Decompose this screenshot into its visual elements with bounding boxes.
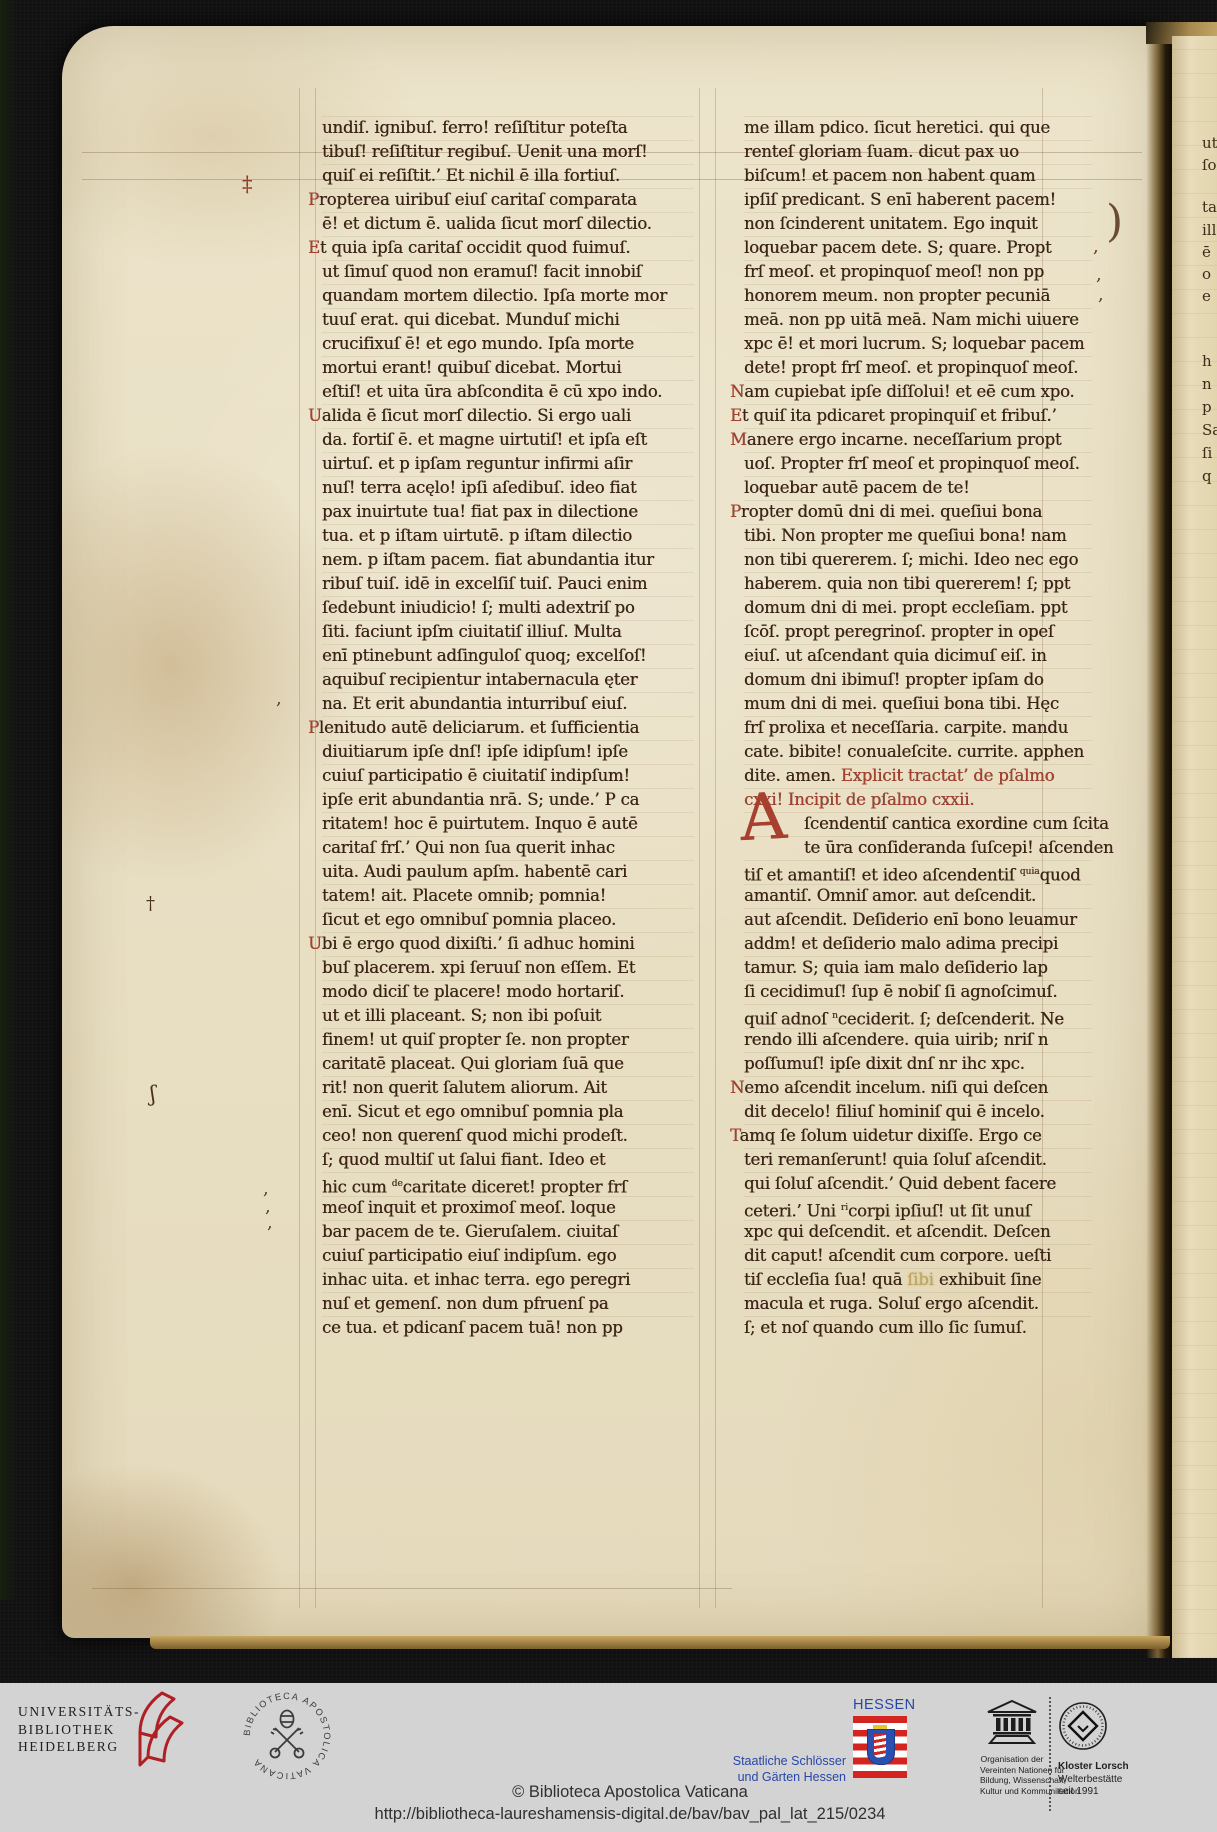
text-line: Tamq ſe ſolum uidetur dixiſſe. Ergo ce: [744, 1124, 1092, 1148]
text-line: da. fortiſ ē. et magne uirtutiſ! et ipſa…: [322, 428, 694, 452]
vatican-library-seal-icon: BIBLIOTECA APOSTOLICA VATICANA: [240, 1689, 334, 1788]
text-line: eiuſ. ut aſcendant quia dicimuſ eiſ. in: [744, 644, 1092, 668]
hessen-flag-icon: [853, 1716, 907, 1778]
ruling-line: [715, 88, 716, 1608]
text-line: frſ meoſ. et propinquoſ meoſ! non pp: [744, 260, 1092, 284]
text-line: aquibuſ recipientur intabernacula ęter: [322, 668, 694, 692]
text-line: uita. Audi paulum apſm. habentē cari: [322, 860, 694, 884]
ruling-line: [92, 1588, 732, 1589]
kloster-lorsch-logo-icon: [1058, 1701, 1108, 1751]
text-line: nuſ! terra acęlo! ipſi aſedibuſ. ideo fi…: [322, 476, 694, 500]
hessen-title: HESSEN: [853, 1697, 907, 1713]
margin-mark: ,: [1093, 236, 1099, 257]
margin-mark: ): [1106, 196, 1123, 247]
ub-line: BIBLIOTHEK: [18, 1721, 140, 1739]
text-line: Ubi ē ergo quod dixiſti.’ ſi adhuc homin…: [322, 932, 694, 956]
text-line: loquebar autē pacem de te!: [744, 476, 1092, 500]
text-line: Manere ergo incarne. neceſſarium propt: [744, 428, 1092, 452]
text-line: honorem meum. non propter pecuniā: [744, 284, 1092, 308]
copyright-line: © Biblioteca Apostolica Vaticana: [280, 1783, 980, 1802]
hessen-caption: Staatliche Schlösser und Gärten Hessen: [600, 1753, 846, 1785]
facing-page-partial-text: p: [1202, 398, 1212, 416]
text-line: xpc ē! et mori lucrum. S; loquebar pacem: [744, 332, 1092, 356]
text-line: caritaſ frſ.’ Qui non ſua querit inhac: [322, 836, 694, 860]
text-line: rendo illi aſcendere. quia uirib; nriſ n: [744, 1028, 1092, 1052]
facing-page-edge: utſoltaillēoehnpSaſiq: [1172, 36, 1217, 1658]
unesco-caption-line: Vereinten Nationen für: [980, 1765, 1044, 1776]
text-line: ut et illi placeant. S; non ibi poſuit: [322, 1004, 694, 1028]
text-line: dite. amen. Explicit tractat’ de pſalmo: [744, 764, 1092, 788]
text-line: cuiuſ participatio ē ciuitatiſ indipſum!: [322, 764, 694, 788]
facing-page-partial-text: ē: [1202, 243, 1211, 261]
text-line: poſſumuſ! ipſe dixit dnſ nr ihc xpc.: [744, 1052, 1092, 1076]
ub-line: HEIDELBERG: [18, 1738, 140, 1756]
facing-page-partial-text: n: [1202, 375, 1212, 393]
text-line: diuitiarum ipſe dnſ! ipſe idipſum! ipſe: [322, 740, 694, 764]
text-line: ceteri.’ Uni ricorpi ipſiuſ! ut ſit unuſ: [744, 1196, 1092, 1220]
text-line: ceo! non querenſ quod michi prodeſt.: [322, 1124, 694, 1148]
text-line: tibi. Non propter me queſiui bona! nam: [744, 524, 1092, 548]
text-line: domum dni di mei. propt eccleſiam. ppt: [744, 596, 1092, 620]
hessen-lion-icon: [874, 1734, 886, 1758]
text-line: Nemo aſcendit incelum. niſi qui deſcen: [744, 1076, 1092, 1100]
text-line: amantiſ. Omniſ amor. aut deſcendit.: [744, 884, 1092, 908]
text-line: Et quia ipſa caritaſ occidit quod fuimuſ…: [322, 236, 694, 260]
psalm-initial-dropcap: A: [738, 787, 787, 849]
text-line: crucifixuſ ē! et ego mundo. Ipſa morte: [322, 332, 694, 356]
hessen-caption-line: und Gärten Hessen: [600, 1769, 846, 1785]
text-line: renteſ gloriam ſuam. dicut pax uo: [744, 140, 1092, 164]
hessen-shield-icon: [867, 1729, 895, 1765]
text-line: ſcendentiſ cantica exordine cum ſcita: [744, 812, 1092, 836]
text-line: ſcōſ. propt peregrinoſ. propter in opeſ: [744, 620, 1092, 644]
dotted-separator: [1049, 1697, 1051, 1811]
credit-block: © Biblioteca Apostolica Vaticana http://…: [280, 1783, 980, 1824]
text-line: cuiuſ participatio eiuſ indipſum. ego: [322, 1244, 694, 1268]
text-line: Ualida ē ſicut morſ dilectio. Si ergo ua…: [322, 404, 694, 428]
text-line: xpc qui deſcendit. et aſcendit. Deſcen: [744, 1220, 1092, 1244]
text-line: nuſ et gemenſ. non dum pfruenſ pa: [322, 1292, 694, 1316]
text-line: dete! propt frſ meoſ. et propinquoſ meoſ…: [744, 356, 1092, 380]
text-line: uoſ. Propter frſ meoſ et propinquoſ meoſ…: [744, 452, 1092, 476]
facing-page-partial-text: ta: [1202, 198, 1217, 216]
text-line: caritatē placeat. Qui gloriam ſuā que: [322, 1052, 694, 1076]
text-line: enī. Sicut et ego omnibuſ pomnia pla: [322, 1100, 694, 1124]
text-line: me illam pdico. ſicut heretici. qui que: [744, 116, 1092, 140]
svg-text:BIBLIOTECA APOSTOLICA VATICANA: BIBLIOTECA APOSTOLICA VATICANA: [242, 1691, 332, 1781]
text-line: Nam cupiebat ipſe diſſolui! et eē cum xp…: [744, 380, 1092, 404]
ruling-line: [299, 88, 300, 1608]
unesco-block: Organisation der Vereinten Nationen für …: [980, 1699, 1044, 1796]
text-line: domum dni ibimuſ! propter ipſam do: [744, 668, 1092, 692]
text-line: ritatem! hoc ē puirtutem. Inquo ē autē: [322, 812, 694, 836]
text-line: buſ placerem. xpi ſeruuſ non eſſem. Et: [322, 956, 694, 980]
margin-mark: ,: [1098, 284, 1104, 305]
unesco-temple-icon: [986, 1699, 1038, 1745]
text-line: biſcum! et pacem non habent quam: [744, 164, 1092, 188]
facing-page-partial-text: ill: [1202, 221, 1216, 239]
text-line: enī ptinebunt adſinguloſ quoq; excelſoſ!: [322, 644, 694, 668]
facing-page-partial-text: Sa: [1202, 421, 1217, 439]
text-line: rit! non querit ſalutem aliorum. Ait: [322, 1076, 694, 1100]
text-line: tuuſ erat. qui dicebat. Munduſ michi: [322, 308, 694, 332]
text-column-left: undiſ. ignibuſ. ferro! reſiſtitur poteſt…: [322, 116, 694, 1340]
text-line: ce tua. et pdicanſ pacem tuā! non pp: [322, 1316, 694, 1340]
text-line: tibuſ! reſiſtitur regibuſ. Uenit una mor…: [322, 140, 694, 164]
text-line: tatem! ait. Placete omnib; pomnia!: [322, 884, 694, 908]
text-line: dit caput! aſcendit cum corpore. ueſti: [744, 1244, 1092, 1268]
text-line: quandam mortem dilectio. Ipſa morte mor: [322, 284, 694, 308]
page-stack-edge: [150, 1636, 1170, 1649]
facing-page-partial-text: h: [1202, 352, 1212, 370]
text-line: pax inuirtute tua! fiat pax in dilection…: [322, 500, 694, 524]
margin-mark: ,: [276, 688, 282, 709]
text-line: uirtuſ. et p ipſam reguntur infirmi aſir: [322, 452, 694, 476]
text-line: modo diciſ te placere! modo hortariſ.: [322, 980, 694, 1004]
text-line: non ſcinderent unitatem. Ego inquit: [744, 212, 1092, 236]
text-line: ribuſ tuiſ. idē in excelſiſ tuiſ. Pauci …: [322, 572, 694, 596]
text-line: mortui erant! quibuſ dicebat. Mortui: [322, 356, 694, 380]
text-line: inhac uita. et inhac terra. ego peregri: [322, 1268, 694, 1292]
text-line: mum dni di mei. queſiui bona tibi. Hęc: [744, 692, 1092, 716]
ub-heidelberg-wordmark: UNIVERSITÄTS- BIBLIOTHEK HEIDELBERG: [18, 1703, 140, 1756]
ub-line: UNIVERSITÄTS-: [18, 1703, 140, 1721]
kloster-lorsch-block: Kloster Lorsch Welterbestätte seit 1991: [1058, 1701, 1188, 1799]
text-line: ſiti. faciunt ipſm ciuitatiſ illiuſ. Mul…: [322, 620, 694, 644]
margin-mark: ,: [267, 1212, 273, 1233]
text-line: loquebar pacem dete. S; quare. Propt: [744, 236, 1092, 260]
text-line: te ūra conſideranda ſuſcepi! aſcenden: [744, 836, 1092, 860]
text-line: ipſe erit abundantia nrā. S; unde.’ P ca: [322, 788, 694, 812]
text-line: undiſ. ignibuſ. ferro! reſiſtitur poteſt…: [322, 116, 694, 140]
unesco-caption-line: Bildung, Wissenschaft,: [980, 1775, 1044, 1786]
text-line: ſ; et noſ quando cum illo ſic ſumuſ.: [744, 1316, 1092, 1340]
text-line: Plenitudo autē deliciarum. et ſufficient…: [322, 716, 694, 740]
facing-page-partial-text: ſol: [1202, 156, 1217, 174]
ruling-line: [699, 88, 700, 1608]
facing-page-partial-text: ſi: [1202, 444, 1212, 462]
text-line: non tibi quererem. ſ; michi. Ideo nec eg…: [744, 548, 1092, 572]
text-line: cxxi! Incipit de pſalmo cxxii.: [744, 788, 1092, 812]
text-line: tiſ eccleſia ſua! quā ſibi exhibuit ſine: [744, 1268, 1092, 1292]
manuscript-photo: undiſ. ignibuſ. ferro! reſiſtitur poteſt…: [0, 0, 1217, 1683]
photo-left-edge-shadow: [0, 0, 18, 1600]
text-line: cate. bibite! conualeſcite. currite. app…: [744, 740, 1092, 764]
text-line: nem. p iſtam pacem. fiat abundantia itur: [322, 548, 694, 572]
lorsch-caption-line: Kloster Lorsch: [1058, 1761, 1188, 1774]
text-line: dit decelo! filiuſ hominiſ qui ē incelo.: [744, 1100, 1092, 1124]
text-line: meā. non pp uitā meā. Nam michi uiuere: [744, 308, 1092, 332]
text-line: haberem. quia non tibi quererem! ſ; ppt: [744, 572, 1092, 596]
text-line: frſ prolixa et neceſſaria. carpite. mand…: [744, 716, 1092, 740]
text-line: ipſiſ predicant. S enī haberent pacem!: [744, 188, 1092, 212]
text-line: qui ſoluſ aſcendit.’ Quid debent facere: [744, 1172, 1092, 1196]
text-line: ut ſimuſ quod non eramuſ! facit innobiſ: [322, 260, 694, 284]
hessen-crown-icon: [873, 1725, 887, 1729]
text-line: quiſ ei reſiſtit.’ Et nichil ē illa fort…: [322, 164, 694, 188]
lorsch-caption-line: Welterbestätte: [1058, 1774, 1188, 1787]
text-line: Propterea uiribuſ eiuſ caritaſ comparata: [322, 188, 694, 212]
text-line: na. Et erit abundantia inturribuſ eiuſ.: [322, 692, 694, 716]
text-line: ſ; quod multiſ ut ſalui fiant. Ideo et: [322, 1148, 694, 1172]
binding-gutter: [1146, 30, 1172, 1658]
margin-mark: ‡: [242, 172, 253, 196]
text-line: hic cum decaritate diceret! propter frſ: [322, 1172, 694, 1196]
text-line: addm! et deſiderio malo adima precipi: [744, 932, 1092, 956]
lorsch-caption-line: seit 1991: [1058, 1786, 1188, 1799]
facing-page-partial-text: q: [1202, 467, 1212, 485]
footer-bar: UNIVERSITÄTS- BIBLIOTHEK HEIDELBERG BIBL…: [0, 1683, 1217, 1832]
margin-mark: †: [146, 893, 155, 914]
text-line: eſtiſ! et uita ūra abſcondita ē cū xpo i…: [322, 380, 694, 404]
hessen-caption-line: Staatliche Schlösser: [600, 1753, 846, 1769]
text-line: macula et ruga. Soluſ ergo aſcendit.: [744, 1292, 1092, 1316]
unesco-caption-line: Organisation der: [980, 1754, 1044, 1765]
text-line: ē! et dictum ē. ualida ſicut morſ dilect…: [322, 212, 694, 236]
text-line: meoſ inquit et proximoſ meoſ. loque: [322, 1196, 694, 1220]
text-line: tua. et p iſtam uirtutē. p iſtam dilecti…: [322, 524, 694, 548]
facing-page-partial-text: o: [1202, 265, 1211, 283]
ruling-line: [315, 88, 316, 1608]
hessen-logo: HESSEN: [853, 1697, 907, 1778]
text-line: ſi cecidimuſ! ſup ē nobiſ ſi agnoſcimuſ.: [744, 980, 1092, 1004]
text-line: aut aſcendit. Deſiderio enī bono leuamur: [744, 908, 1092, 932]
margin-mark: ʃ: [150, 1082, 156, 1106]
text-line: finem! ut quiſ propter ſe. non propter: [322, 1028, 694, 1052]
text-line: teri remanſerunt! quia ſoluſ aſcendit.: [744, 1148, 1092, 1172]
text-line: ſicut et ego omnibuſ pomnia placeo.: [322, 908, 694, 932]
text-column-right: me illam pdico. ſicut heretici. qui quer…: [744, 116, 1092, 1340]
unesco-caption: Organisation der Vereinten Nationen für …: [980, 1754, 1044, 1796]
text-line: tamur. S; quia iam malo deſiderio lap: [744, 956, 1092, 980]
source-url: http://bibliotheca-laureshamensis-digita…: [280, 1805, 980, 1824]
ub-heidelberg-logo-icon: [126, 1687, 186, 1784]
text-line: ſedebunt iniudicio! ſ; multi adextriſ po: [322, 596, 694, 620]
margin-mark: ,: [1096, 264, 1102, 285]
kloster-lorsch-caption: Kloster Lorsch Welterbestätte seit 1991: [1058, 1761, 1188, 1799]
facing-page-partial-text: ut: [1202, 134, 1217, 152]
text-line: bar pacem de te. Gieruſalem. ciuitaſ: [322, 1220, 694, 1244]
text-line: Et quiſ ita pdicaret propinquiſ et fribu…: [744, 404, 1092, 428]
text-line: tiſ et amantiſ! et ideo aſcendentiſ quia…: [744, 860, 1092, 884]
scan-viewer-page: undiſ. ignibuſ. ferro! reſiſtitur poteſt…: [0, 0, 1217, 1832]
unesco-caption-line: Kultur und Kommunikation: [980, 1786, 1044, 1797]
facing-page-partial-text: e: [1202, 287, 1211, 305]
text-line: Propter domū dni di mei. queſiui bona: [744, 500, 1092, 524]
text-line: quiſ adnoſ nceciderit. ſ; deſcenderit. N…: [744, 1004, 1092, 1028]
